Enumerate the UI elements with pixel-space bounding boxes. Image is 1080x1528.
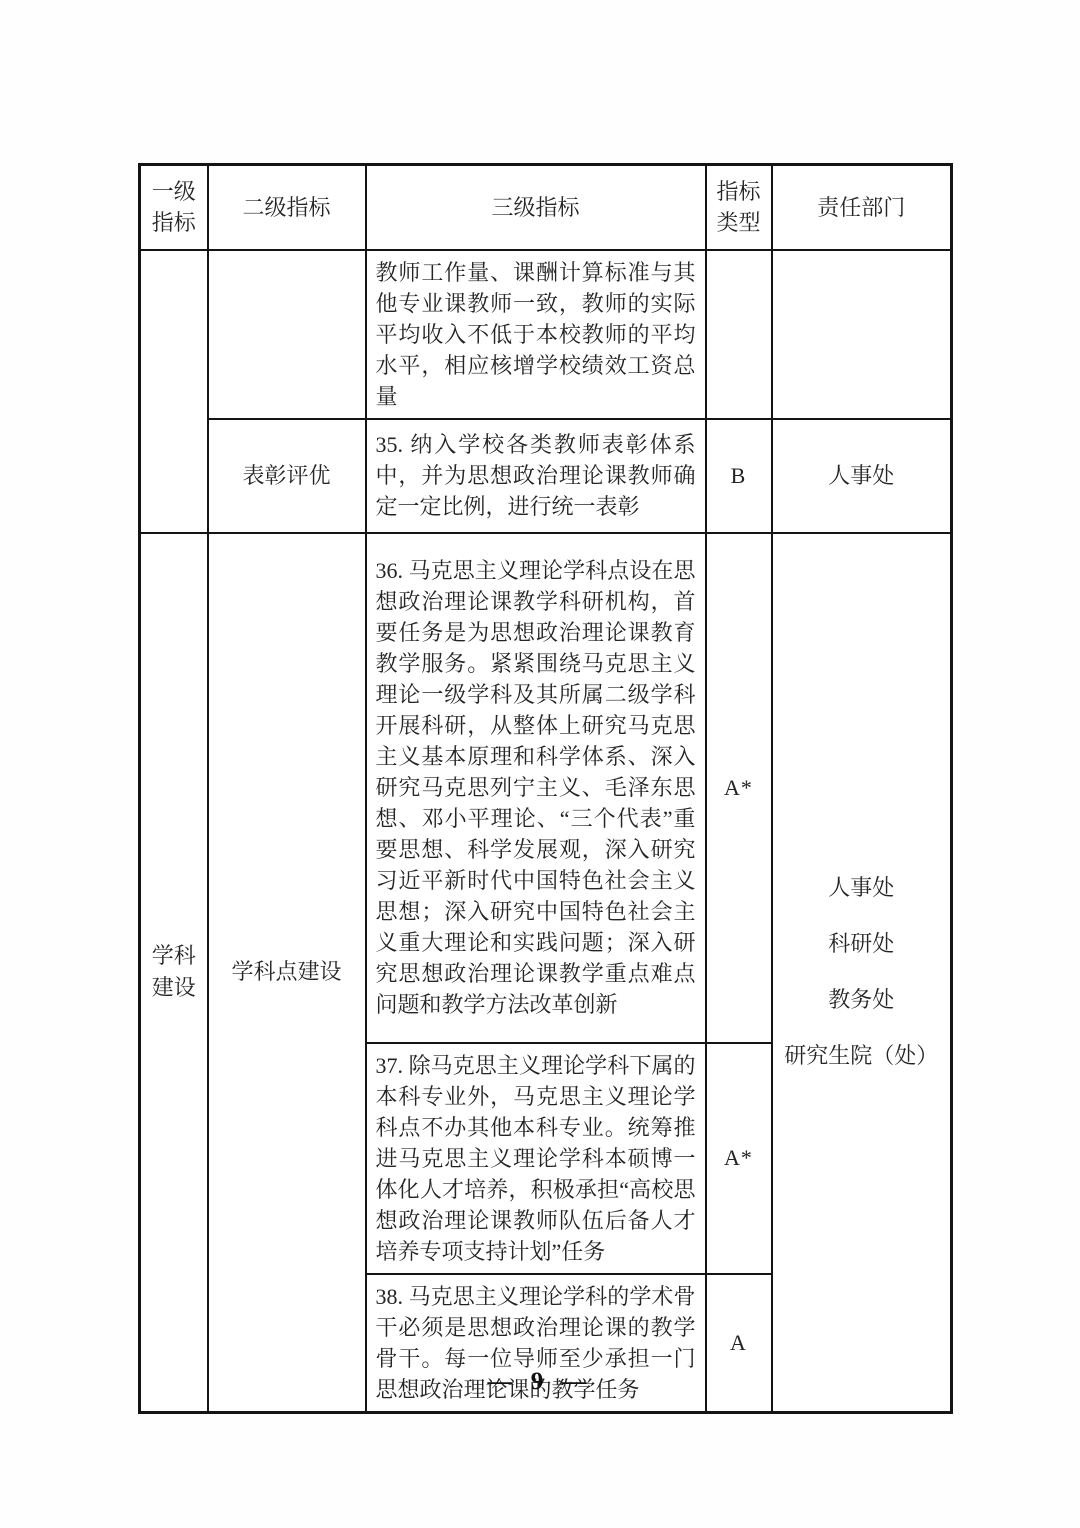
header-level1-indicator: 一级指标 xyxy=(140,165,208,250)
cell-level2-empty xyxy=(208,250,366,419)
department-item: 教务处 xyxy=(828,984,894,1016)
header-indicator-type: 指标类型 xyxy=(706,165,772,250)
cell-type-item-35: B xyxy=(706,419,772,533)
indicator-table: 一级指标 二级指标 三级指标 指标类型 责任部门 教师工作量、课酬计算标准与其他… xyxy=(138,163,953,1414)
cell-level3-item-36: 36. 马克思主义理论学科点设在思想政治理论课教学科研机构，首要任务是为思想政治… xyxy=(366,533,706,1043)
department-item: 科研处 xyxy=(828,928,894,960)
department-item: 研究生院（处） xyxy=(784,1040,938,1072)
department-list: 人事处 科研处 教务处 研究生院（处） xyxy=(775,872,949,1072)
cell-level3-teacher-pay: 教师工作量、课酬计算标准与其他专业课教师一致，教师的实际平均收入不低于本校教师的… xyxy=(366,250,706,419)
cell-type-item-36: A* xyxy=(706,533,772,1043)
cell-level3-item-35: 35. 纳入学校各类教师表彰体系中，并为思想政治理论课教师确定一定比例，进行统一… xyxy=(366,419,706,533)
cell-dept-item-35: 人事处 xyxy=(772,419,952,533)
cell-level2-commendation: 表彰评优 xyxy=(208,419,366,533)
table-row: 表彰评优 35. 纳入学校各类教师表彰体系中，并为思想政治理论课教师确定一定比例… xyxy=(140,419,952,533)
cell-level1-discipline-construction: 学科建设 xyxy=(140,533,208,1413)
cell-type-empty xyxy=(706,250,772,419)
table-header-row: 一级指标 二级指标 三级指标 指标类型 责任部门 xyxy=(140,165,952,250)
header-responsible-dept: 责任部门 xyxy=(772,165,952,250)
cell-type-item-37: A* xyxy=(706,1043,772,1274)
page-number: — 9 — xyxy=(0,1368,1080,1396)
cell-level2-discipline-point: 学科点建设 xyxy=(208,533,366,1413)
header-level3-indicator: 三级指标 xyxy=(366,165,706,250)
cell-level3-item-37: 37. 除马克思主义理论学科下属的本科专业外，马克思主义理论学科点不办其他本科专… xyxy=(366,1043,706,1274)
cell-dept-discipline: 人事处 科研处 教务处 研究生院（处） xyxy=(772,533,952,1413)
department-item: 人事处 xyxy=(828,872,894,904)
document-page: 一级指标 二级指标 三级指标 指标类型 责任部门 教师工作量、课酬计算标准与其他… xyxy=(0,0,1080,1528)
table-row: 学科建设 学科点建设 36. 马克思主义理论学科点设在思想政治理论课教学科研机构… xyxy=(140,533,952,1043)
cell-level1-empty xyxy=(140,250,208,533)
table-row: 教师工作量、课酬计算标准与其他专业课教师一致，教师的实际平均收入不低于本校教师的… xyxy=(140,250,952,419)
cell-dept-empty xyxy=(772,250,952,419)
header-level2-indicator: 二级指标 xyxy=(208,165,366,250)
